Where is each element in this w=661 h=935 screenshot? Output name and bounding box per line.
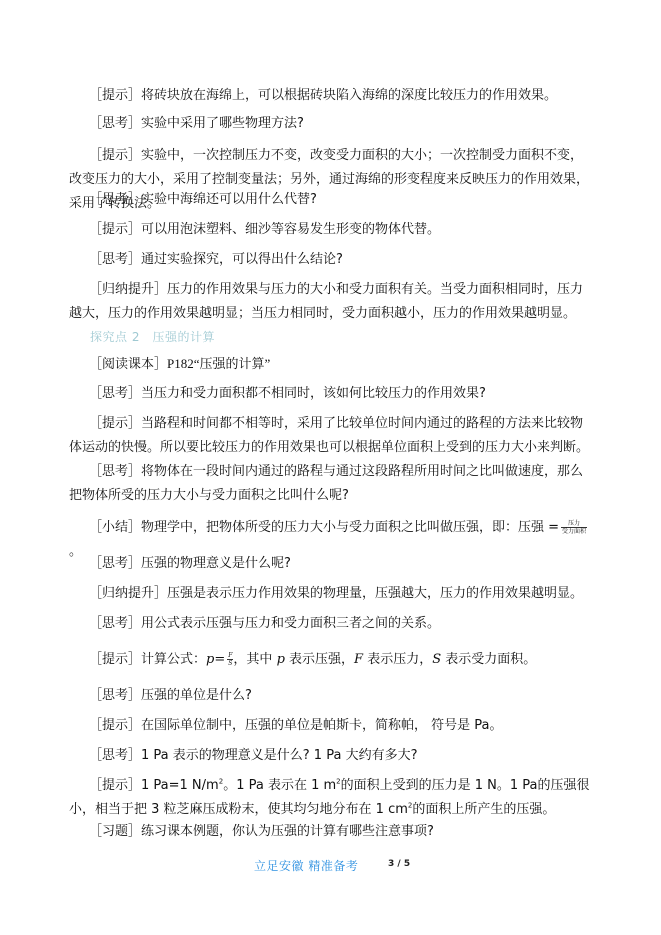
- paragraph-think-4: ［思考］当压力和受力面积都不相同时，该如何比较压力的作用效果?: [69, 382, 591, 406]
- paragraph-think-7: ［思考］用公式表示压强与压力和受力面积三者之间的关系。: [69, 612, 591, 636]
- paragraph-read-textbook: ［阅读课本］P182“压强的计算”: [69, 352, 591, 377]
- paragraph-hint-4: ［提示］当路程和时间都不相等时，采用了比较单位时间内通过的路程的方法来比较物体运…: [69, 412, 591, 460]
- paragraph-think-3: ［思考］通过实验探究，可以得出什么结论?: [69, 248, 591, 272]
- label-tag: ［思考］: [89, 688, 141, 703]
- paragraph-hint-3: ［提示］可以用泡沫塑料、细沙等容易发生形变的物体代替。: [69, 218, 591, 242]
- variable-S: S: [432, 652, 441, 667]
- paragraph-think-1: ［思考］实验中采用了哪些物理方法?: [69, 112, 591, 136]
- paragraph-text: 通过实验探究，可以得出什么结论?: [141, 252, 343, 267]
- paragraph-text: ，其中: [233, 652, 276, 667]
- fraction-denominator: 受力面积: [561, 528, 587, 535]
- paragraph-text: 。1 Pa 表示在 1 m: [223, 778, 336, 793]
- pressure-fraction: 压力受力面积: [561, 520, 587, 535]
- label-tag: ［提示］: [89, 148, 141, 163]
- paragraph-text: 将砖块放在海绵上，可以根据砖块陷入海绵的深度比较压力的作用效果。: [141, 88, 557, 103]
- paragraph-text: 实验中采用了哪些物理方法?: [141, 116, 304, 131]
- fraction-numerator: 压力: [561, 520, 587, 528]
- label-tag: ［归纳提升］: [89, 282, 167, 297]
- paragraph-text: 练习课本例题，你认为压强的计算有哪些注意事项?: [141, 824, 434, 839]
- label-tag: ［习题］: [89, 824, 141, 839]
- paragraph-hint-1: ［提示］将砖块放在海绵上，可以根据砖块陷入海绵的深度比较压力的作用效果。: [69, 84, 591, 108]
- paragraph-text: 1 Pa=1 N/m: [141, 778, 219, 793]
- paragraph-text: 表示受力面积。: [441, 652, 536, 667]
- label-tag: ［提示］: [89, 416, 141, 431]
- label-tag: ［思考］: [89, 252, 141, 267]
- label-tag: ［思考］: [89, 192, 141, 207]
- paragraph-exercise: ［习题］练习课本例题，你认为压强的计算有哪些注意事项?: [69, 820, 591, 844]
- paragraph-text: 当路程和时间都不相等时，采用了比较单位时间内通过的路程的方法来比较物体运动的快慢…: [69, 416, 589, 455]
- formula-lhs: p=: [206, 652, 225, 667]
- paragraph-text: 表示压强，: [285, 652, 354, 667]
- label-tag: ［思考］: [89, 616, 141, 631]
- footer-brand: 立足安徽 精准备考: [254, 857, 358, 874]
- paragraph-think-2: ［思考］实验中海绵还可以用什么代替?: [69, 188, 591, 212]
- paragraph-summary-2: ［归纳提升］压强是表示压力作用效果的物理量，压强越大，压力的作用效果越明显。: [69, 582, 591, 606]
- page-number: 3 / 5: [388, 859, 410, 869]
- document-page: ［提示］将砖块放在海绵上，可以根据砖块陷入海绵的深度比较压力的作用效果。 ［思考…: [0, 0, 661, 935]
- paragraph-text: 计算公式：: [141, 652, 206, 667]
- paragraph-text: 可以用泡沫塑料、细沙等容易发生形变的物体代替。: [141, 222, 440, 237]
- label-tag: ［提示］: [89, 718, 141, 733]
- label-tag: ［提示］: [89, 222, 141, 237]
- paragraph-think-6: ［思考］压强的物理意义是什么呢?: [69, 552, 591, 576]
- paragraph-text: 压强是表示压力作用效果的物理量，压强越大，压力的作用效果越明显。: [167, 586, 583, 601]
- label-tag: ［提示］: [89, 778, 141, 793]
- label-tag: ［思考］: [89, 556, 141, 571]
- paragraph-text: 当压力和受力面积都不相同时，该如何比较压力的作用效果?: [141, 386, 486, 401]
- paragraph-hint-5: ［提示］在国际单位制中，压强的单位是帕斯卡，简称帕， 符号是 Pa。: [69, 714, 591, 738]
- paragraph-text: 表示压力，: [363, 652, 432, 667]
- label-tag: ［归纳提升］: [89, 586, 167, 601]
- paragraph-think-9: ［思考］1 Pa 表示的物理意义是什么? 1 Pa 大约有多大?: [69, 744, 591, 768]
- paragraph-text: 实验中海绵还可以用什么代替?: [141, 192, 317, 207]
- page-footer: 立足安徽 精准备考 3 / 5: [0, 857, 661, 877]
- paragraph-think-5: ［思考］将物体在一段时间内通过的路程与通过这段路程所用时间之比叫做速度，那么把物…: [69, 460, 591, 508]
- paragraph-text: 用公式表示压强与压力和受力面积三者之间的关系。: [141, 616, 440, 631]
- variable-p: p: [277, 652, 285, 667]
- paragraph-formula: ［提示］计算公式：p=FS，其中 p 表示压强，F 表示压力，S 表示受力面积。: [69, 648, 591, 672]
- paragraph-text: 压强的单位是什么?: [141, 688, 252, 703]
- label-tag: ［提示］: [89, 652, 141, 667]
- paragraph-text: 在国际单位制中，压强的单位是帕斯卡，简称帕， 符号是 Pa。: [141, 718, 503, 733]
- label-tag: ［思考］: [89, 116, 141, 131]
- section-heading: 探究点 2 压强的计算: [90, 328, 215, 345]
- paragraph-hint-6: ［提示］1 Pa=1 N/m2。1 Pa 表示在 1 m2的面积上受到的压力是 …: [69, 774, 591, 822]
- paragraph-summary-1: ［归纳提升］压力的作用效果与压力的大小和受力面积有关。当受力面积相同时，压力越大…: [69, 278, 591, 326]
- paragraph-think-8: ［思考］压强的单位是什么?: [69, 684, 591, 708]
- label-tag: ［思考］: [89, 748, 141, 763]
- paragraph-text: 的面积上所产生的压强。: [412, 802, 555, 817]
- label-tag: ［阅读课本］: [89, 357, 167, 372]
- paragraph-text: 将物体在一段时间内通过的路程与通过这段路程所用时间之比叫做速度，那么把物体所受的…: [69, 464, 583, 503]
- label-tag: ［小结］: [89, 520, 141, 535]
- variable-F: F: [354, 652, 363, 667]
- label-tag: ［思考］: [89, 386, 141, 401]
- label-tag: ［思考］: [89, 464, 141, 479]
- paragraph-text: 物理学中，把物体所受的压力大小与受力面积之比叫做压强，即：压强 =: [141, 520, 559, 535]
- paragraph-text: P182“压强的计算”: [167, 356, 270, 371]
- paragraph-text: 1 Pa 表示的物理意义是什么? 1 Pa 大约有多大?: [141, 748, 417, 763]
- paragraph-text: 压强的物理意义是什么呢?: [141, 556, 291, 571]
- label-tag: ［提示］: [89, 88, 141, 103]
